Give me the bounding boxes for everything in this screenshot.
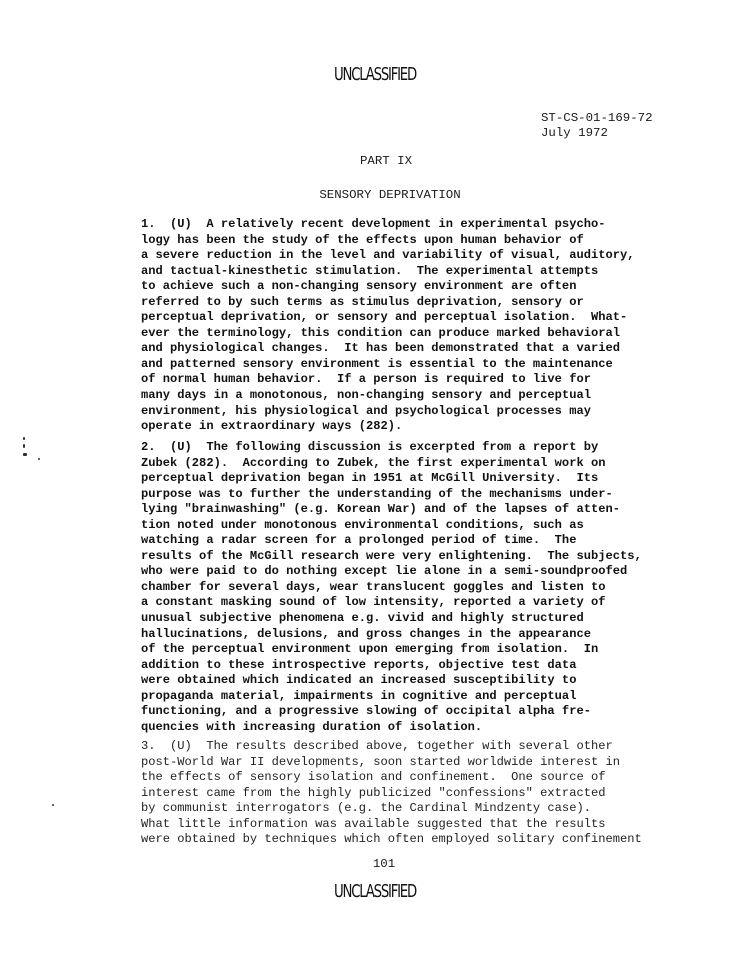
paragraph-line: perceptual deprivation, or sensory and p…	[141, 310, 681, 326]
paragraph-2: 2. (U) The following discussion is excer…	[141, 440, 681, 735]
paragraph-line: ever the terminology, this condition can…	[141, 326, 681, 342]
scan-speck	[23, 437, 25, 440]
paragraph-3: 3. (U) The results described above, toge…	[141, 739, 681, 848]
paragraph-line: What little information was available su…	[141, 817, 681, 833]
paragraph-line: were obtained which indicated an increas…	[141, 673, 681, 689]
paragraph-line: post-World War II developments, soon sta…	[141, 755, 681, 771]
paragraph-line: watching a radar screen for a prolonged …	[141, 533, 681, 549]
paragraph-line: and patterned sensory environment is ess…	[141, 357, 681, 373]
paragraph-line: to achieve such a non-changing sensory e…	[141, 279, 681, 295]
paragraph-line: 2. (U) The following discussion is excer…	[141, 440, 681, 456]
paragraph-line: the effects of sensory isolation and con…	[141, 770, 681, 786]
paragraph-line: and physiological changes. It has been d…	[141, 341, 681, 357]
paragraph-line: 3. (U) The results described above, toge…	[141, 739, 681, 755]
classification-marking-top: UNCLASSIFIED	[68, 64, 683, 85]
paragraph-line: by communist interrogators (e.g. the Car…	[141, 801, 681, 817]
paragraph-line: hallucinations, delusions, and gross cha…	[141, 627, 681, 643]
paragraph-line: operate in extraordinary ways (282).	[141, 419, 681, 435]
document-reference: ST-CS-01-169-72 July 1972	[541, 111, 653, 141]
paragraph-line: results of the McGill research were very…	[141, 549, 681, 565]
paragraph-line: Zubek (282). According to Zubek, the fir…	[141, 456, 681, 472]
section-title: SENSORY DEPRIVATION	[0, 188, 750, 202]
paragraph-line: interest came from the highly publicized…	[141, 786, 681, 802]
paragraph-line: quencies with increasing duration of iso…	[141, 720, 681, 736]
paragraph-line: functioning, and a progressive slowing o…	[141, 704, 681, 720]
scan-speck	[23, 453, 27, 456]
paragraph-line: addition to these introspective reports,…	[141, 658, 681, 674]
scan-speck	[23, 444, 25, 448]
paragraph-line: who were paid to do nothing except lie a…	[141, 564, 681, 580]
paragraph-line: purpose was to further the understanding…	[141, 487, 681, 503]
document-page: UNCLASSIFIED ST-CS-01-169-72 July 1972 P…	[0, 0, 750, 972]
paragraph-line: a severe reduction in the level and vari…	[141, 248, 681, 264]
paragraph-line: perceptual deprivation began in 1951 at …	[141, 471, 681, 487]
paragraph-line: chamber for several days, wear transluce…	[141, 580, 681, 596]
paragraph-line: logy has been the study of the effects u…	[141, 233, 681, 249]
paragraph-line: of the perceptual environment upon emerg…	[141, 642, 681, 658]
paragraph-line: referred to by such terms as stimulus de…	[141, 295, 681, 311]
paragraph-line: unusual subjective phenomena e.g. vivid …	[141, 611, 681, 627]
scan-speck	[38, 458, 40, 460]
part-heading: PART IX	[0, 154, 750, 168]
paragraph-line: 1. (U) A relatively recent development i…	[141, 217, 681, 233]
paragraph-line: of normal human behavior. If a person is…	[141, 372, 681, 388]
document-date: July 1972	[541, 126, 653, 141]
paragraph-line: were obtained by techniques which often …	[141, 832, 681, 848]
paragraph-line: environment, his physiological and psych…	[141, 404, 681, 420]
paragraph-line: a constant masking sound of low intensit…	[141, 595, 681, 611]
paragraph-line: tion noted under monotonous environmenta…	[141, 518, 681, 534]
paragraph-line: many days in a monotonous, non-changing …	[141, 388, 681, 404]
scan-speck	[52, 804, 54, 806]
classification-marking-bottom: UNCLASSIFIED	[68, 881, 683, 902]
paragraph-1: 1. (U) A relatively recent development i…	[141, 217, 681, 435]
paragraph-line: propaganda material, impairments in cogn…	[141, 689, 681, 705]
paragraph-line: lying "brainwashing" (e.g. Korean War) a…	[141, 502, 681, 518]
paragraph-line: and tactual-kinesthetic stimulation. The…	[141, 264, 681, 280]
reference-number: ST-CS-01-169-72	[541, 111, 653, 126]
page-number: 101	[0, 857, 750, 871]
